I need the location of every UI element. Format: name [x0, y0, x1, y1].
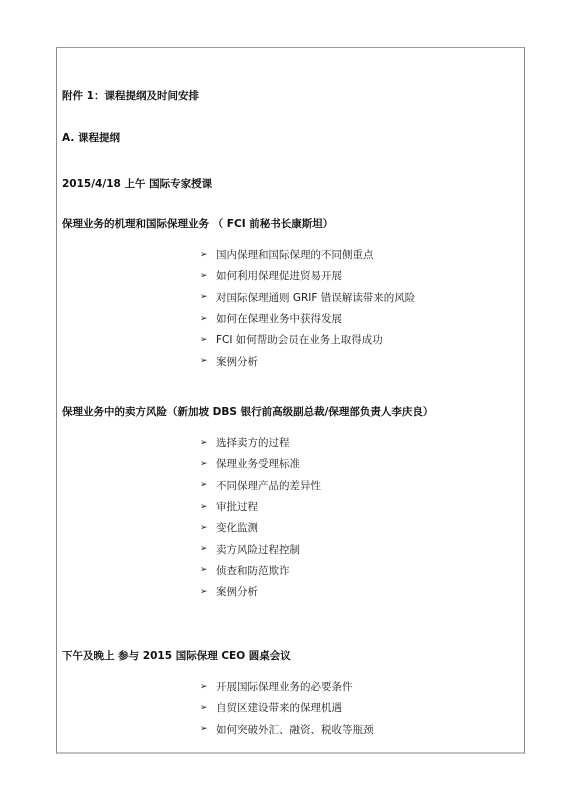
arrow-bullet-icon: ➢ — [200, 565, 216, 575]
list-item: ➢案例分析 — [200, 350, 415, 371]
section-title: A. 课程提纲 — [62, 130, 120, 145]
list-item: ➢侦查和防范欺诈 — [200, 560, 321, 581]
topic-1-list: ➢国内保理和国际保理的不同侧重点 ➢如何利用保理促进贸易开展 ➢对国际保理通则 … — [200, 244, 415, 372]
arrow-bullet-icon: ➢ — [200, 544, 216, 554]
list-item: ➢自贸区建设带来的保理机遇 — [200, 697, 374, 718]
arrow-bullet-icon: ➢ — [200, 703, 216, 713]
topic-title-3: 下午及晚上 参与 2015 国际保理 CEO 圆桌会议 — [62, 648, 291, 663]
arrow-bullet-icon: ➢ — [200, 480, 216, 490]
arrow-bullet-icon: ➢ — [200, 523, 216, 533]
list-item: ➢选择卖方的过程 — [200, 432, 321, 453]
list-item: ➢审批过程 — [200, 496, 321, 517]
list-item: ➢开展国际保理业务的必要条件 — [200, 676, 374, 697]
arrow-bullet-icon: ➢ — [200, 682, 216, 692]
list-item: ➢如何在保理业务中获得发展 — [200, 308, 415, 329]
list-item: ➢卖方风险过程控制 — [200, 538, 321, 559]
attachment-title: 附件 1：课程提纲及时间安排 — [62, 88, 199, 103]
list-item: ➢对国际保理通则 GRIF 错误解读带来的风险 — [200, 287, 415, 308]
arrow-bullet-icon: ➢ — [200, 724, 216, 734]
list-item: ➢如何利用保理促进贸易开展 — [200, 265, 415, 286]
arrow-bullet-icon: ➢ — [200, 459, 216, 469]
list-item: ➢案例分析 — [200, 581, 321, 602]
arrow-bullet-icon: ➢ — [200, 502, 216, 512]
arrow-bullet-icon: ➢ — [200, 356, 216, 366]
list-item: ➢不同保理产品的差异性 — [200, 475, 321, 496]
arrow-bullet-icon: ➢ — [200, 271, 216, 281]
topic-3-list: ➢开展国际保理业务的必要条件 ➢自贸区建设带来的保理机遇 ➢如何突破外汇、融资、… — [200, 676, 374, 740]
topic-title-2: 保理业务中的卖方风险（新加坡 DBS 银行前高级副总裁/保理部负责人李庆良） — [62, 404, 433, 419]
list-item: ➢国内保理和国际保理的不同侧重点 — [200, 244, 415, 265]
list-item: ➢变化监测 — [200, 517, 321, 538]
list-item: ➢FCI 如何帮助会员在业务上取得成功 — [200, 329, 415, 350]
arrow-bullet-icon: ➢ — [200, 438, 216, 448]
list-item: ➢保理业务受理标准 — [200, 453, 321, 474]
arrow-bullet-icon: ➢ — [200, 587, 216, 597]
session-date-heading: 2015/4/18 上午 国际专家授课 — [62, 176, 212, 191]
topic-2-list: ➢选择卖方的过程 ➢保理业务受理标准 ➢不同保理产品的差异性 ➢审批过程 ➢变化… — [200, 432, 321, 602]
topic-title-1: 保理业务的机理和国际保理业务 （ FCI 前秘书长康斯坦） — [62, 216, 333, 231]
arrow-bullet-icon: ➢ — [200, 335, 216, 345]
arrow-bullet-icon: ➢ — [200, 292, 216, 302]
list-item: ➢如何突破外汇、融资、税收等瓶颈 — [200, 719, 374, 740]
arrow-bullet-icon: ➢ — [200, 314, 216, 324]
arrow-bullet-icon: ➢ — [200, 250, 216, 260]
